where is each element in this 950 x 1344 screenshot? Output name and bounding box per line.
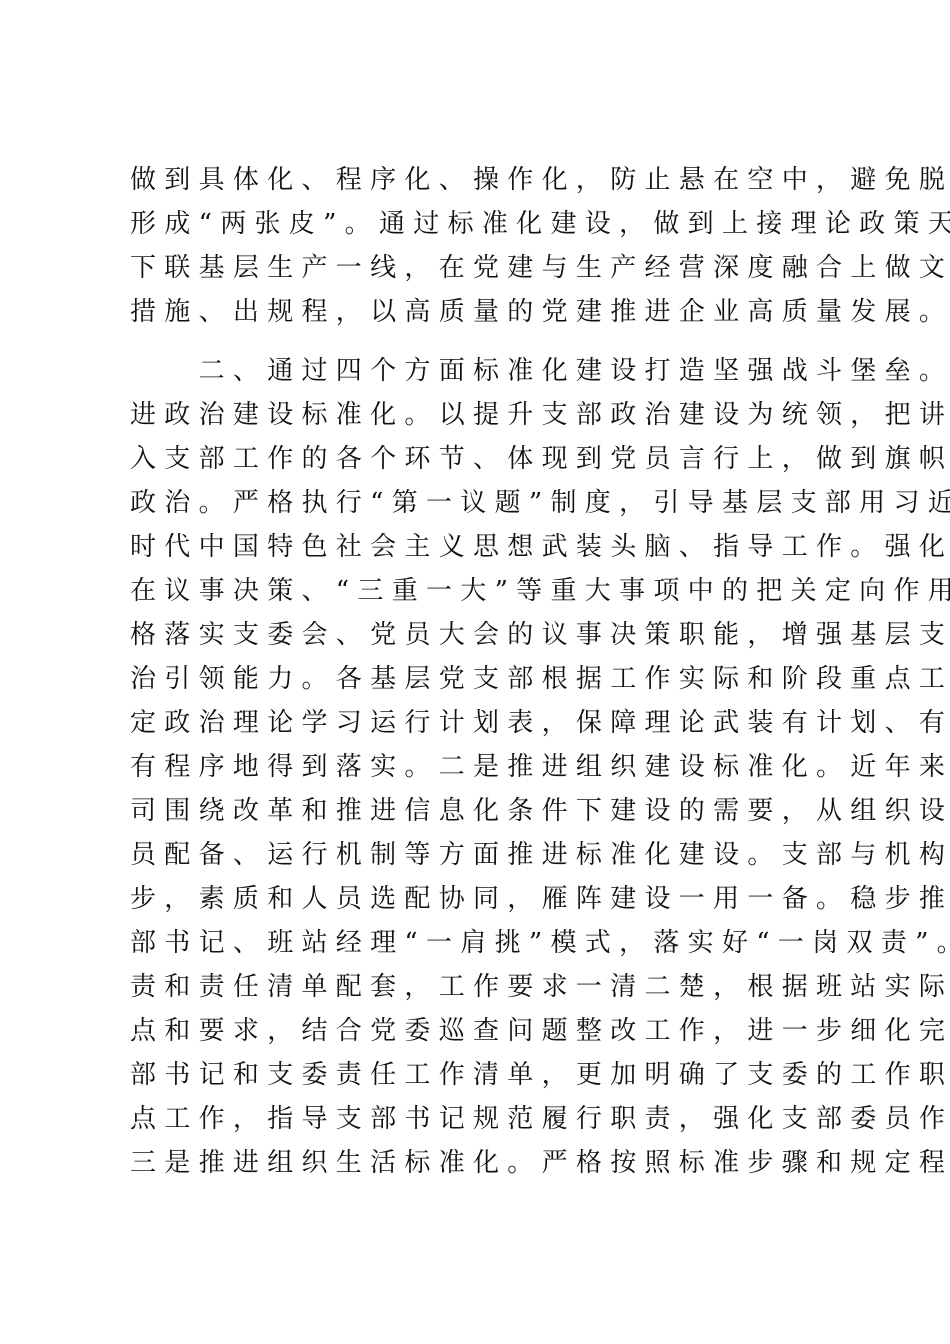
text-line: 定政治理论学习运行计划表，保障理论武装有计划、有步骤、 — [130, 701, 850, 745]
text-line: 措施、出规程，以高质量的党建推进企业高质量发展。 — [130, 290, 850, 334]
text-line: 司围绕改革和推进信息化条件下建设的需要，从组织设置、人 — [130, 789, 850, 833]
text-line: 格落实支委会、党员大会的议事决策职能，增强基层支部的政 — [130, 613, 850, 657]
text-line: 部书记和支委责任工作清单，更加明确了支委的工作职责和重 — [130, 1053, 850, 1097]
text-line: 三是推进组织生活标准化。严格按照标准步骤和规定程序落实 — [130, 1141, 850, 1185]
text-line: 二、通过四个方面标准化建设打造坚强战斗堡垒。一是推 — [130, 349, 850, 393]
text-line: 责和责任清单配套，工作要求一清二楚，根据班站实际工作特 — [130, 965, 850, 1009]
text-line: 部书记、班站经理“一肩挑”模式，落实好“一岗双责”。职 — [130, 921, 850, 965]
text-line: 步，素质和人员选配协同，雁阵建设一用一备。稳步推进党支 — [130, 877, 850, 921]
text-line: 下联基层生产一线，在党建与生产经营深度融合上做文章、定 — [130, 246, 850, 290]
text-line: 入支部工作的各个环节、体现到党员言行上，做到旗帜鲜明讲 — [130, 437, 850, 481]
text-line: 点和要求，结合党委巡查问题整改工作，进一步细化完善党支 — [130, 1009, 850, 1053]
document-page: 做到具体化、程序化、操作化，防止悬在空中，避免脱离实际 形成“两张皮”。通过标准… — [0, 0, 950, 1344]
text-line: 时代中国特色社会主义思想武装头脑、指导工作。强化党支部 — [130, 525, 850, 569]
text-line: 在议事决策、“三重一大”等重大事项中的把关定向作用，严 — [130, 569, 850, 613]
text-line: 员配备、运行机制等方面推进标准化建设。支部与机构设置同 — [130, 833, 850, 877]
text-line: 治引领能力。各基层党支部根据工作实际和阶段重点工作，制 — [130, 657, 850, 701]
text-line: 进政治建设标准化。以提升支部政治建设为统领，把讲政治融 — [130, 393, 850, 437]
text-line: 有程序地得到落实。二是推进组织建设标准化。近年来，我公 — [130, 745, 850, 789]
text-line: 做到具体化、程序化、操作化，防止悬在空中，避免脱离实际 — [130, 158, 850, 202]
text-line: 点工作，指导支部书记规范履行职责，强化支部委员作用发挥。 — [130, 1097, 850, 1141]
text-line: 政治。严格执行“第一议题”制度，引导基层支部用习近平新 — [130, 481, 850, 525]
text-line: 形成“两张皮”。通过标准化建设，做到上接理论政策天线， — [130, 202, 850, 246]
